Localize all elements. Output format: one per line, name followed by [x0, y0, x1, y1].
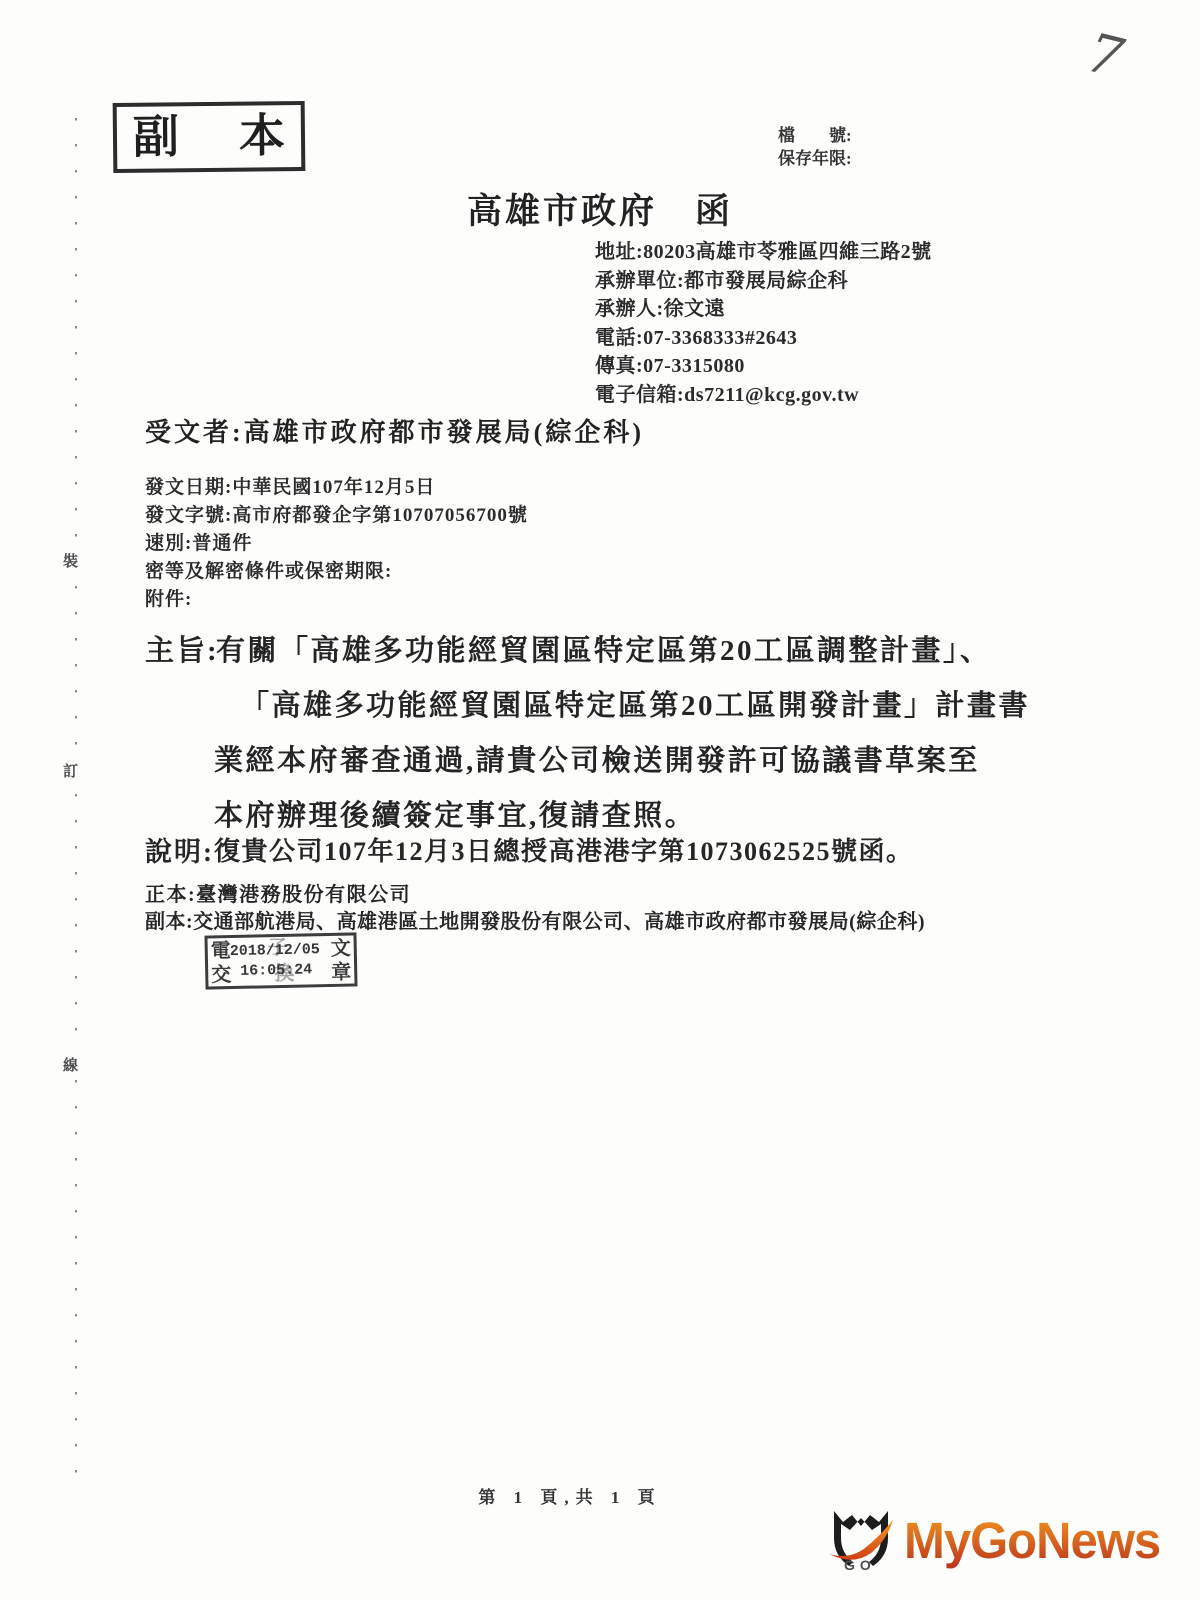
subject-line-1: 有關「高雄多功能經貿園區特定區第20工區調整計畫」、 — [216, 628, 992, 669]
binding-mark-ding: 訂 — [63, 758, 78, 783]
meta-security: 密等及解密條件或保密期限: — [145, 558, 528, 586]
meta-block: 發文日期:中華民國107年12月5日 發文字號:高市府都發企字第10707056… — [145, 474, 528, 614]
copy-stamp-char-left: 副 — [133, 114, 179, 160]
exchange-stamp-char: 章 — [331, 963, 351, 983]
scanned-letter-page: 裝 訂 線 7 副 本 檔 號: 保存年限: 高雄市政府 函 地址:80203高… — [0, 0, 1200, 1600]
electronic-exchange-stamp: 電 交 文 章 子 換 2018/12/05 16:05:24 — [204, 932, 357, 989]
exchange-stamp-char: 電 — [211, 941, 231, 961]
recipient-line: 受文者:高雄市政府都市發展局(綜企科) — [145, 412, 644, 449]
mygonews-logo-icon: GO — [824, 1508, 898, 1574]
contact-email: 電子信箱:ds7211@kcg.gov.tw — [595, 381, 932, 410]
binding-mark-zhuang: 裝 — [63, 548, 78, 573]
contact-block: 地址:80203高雄市苓雅區四維三路2號 承辦單位:都市發展局綜企科 承辦人:徐… — [595, 238, 932, 409]
subject-line-4: 本府辦理後續簽定事宜,復請查照。 — [214, 793, 696, 834]
logo-go-letters: GO — [844, 1557, 876, 1573]
meta-speed: 速別:普通件 — [145, 530, 528, 558]
file-labels: 檔 號: 保存年限: — [778, 124, 852, 170]
meta-date: 發文日期:中華民國107年12月5日 — [145, 474, 528, 502]
document-title: 高雄市政府 函 — [0, 184, 1200, 234]
contact-person: 承辦人:徐文遠 — [595, 295, 932, 324]
exchange-stamp-time: 16:05:24 — [240, 961, 312, 980]
exchange-stamp-char: 交 — [211, 965, 231, 985]
exchange-stamp-char: 文 — [331, 939, 351, 959]
exchange-stamp-date: 2018/12/05 — [230, 941, 320, 960]
copy-stamp: 副 本 — [113, 101, 306, 173]
contact-unit: 承辦單位:都市發展局綜企科 — [595, 267, 932, 296]
meta-attachment: 附件: — [145, 586, 528, 614]
distribution-original: 正本:臺灣港務股份有限公司 — [145, 878, 411, 907]
explanation-text: 復貴公司107年12月3日總授高港港字第1073062525號函。 — [214, 831, 914, 868]
contact-phone: 電話:07-3368333#2643 — [595, 324, 932, 353]
binding-dotted-line — [75, 118, 77, 1476]
mygonews-logo: GO MyGoNews — [824, 1508, 1160, 1574]
contact-fax: 傳真:07-3315080 — [595, 352, 932, 381]
page-number: 第 1 頁,共 1 頁 — [0, 1483, 1140, 1508]
retention-label: 保存年限: — [778, 147, 852, 170]
meta-doc-no: 發文字號:高市府都發企字第10707056700號 — [145, 502, 528, 530]
distribution-copies: 副本:交通部航港局、高雄港區土地開發股份有限公司、高雄市政府都市發展局(綜企科) — [145, 905, 925, 934]
binding-mark-xian: 線 — [63, 1052, 78, 1077]
subject-label: 主旨: — [145, 628, 219, 669]
subject-line-3: 業經本府審查通過,請貴公司檢送開發許可協議書草案至 — [214, 738, 980, 779]
handwritten-mark: 7 — [1081, 21, 1130, 90]
subject-line-2: 「高雄多功能經貿園區特定區第20工區開發計畫」計畫書 — [240, 683, 1030, 724]
contact-address: 地址:80203高雄市苓雅區四維三路2號 — [595, 238, 932, 267]
mygonews-logo-text: MyGoNews — [904, 1512, 1160, 1571]
explanation-label: 說明: — [145, 830, 214, 869]
file-no-label: 檔 號: — [778, 124, 852, 147]
copy-stamp-char-right: 本 — [239, 113, 285, 159]
